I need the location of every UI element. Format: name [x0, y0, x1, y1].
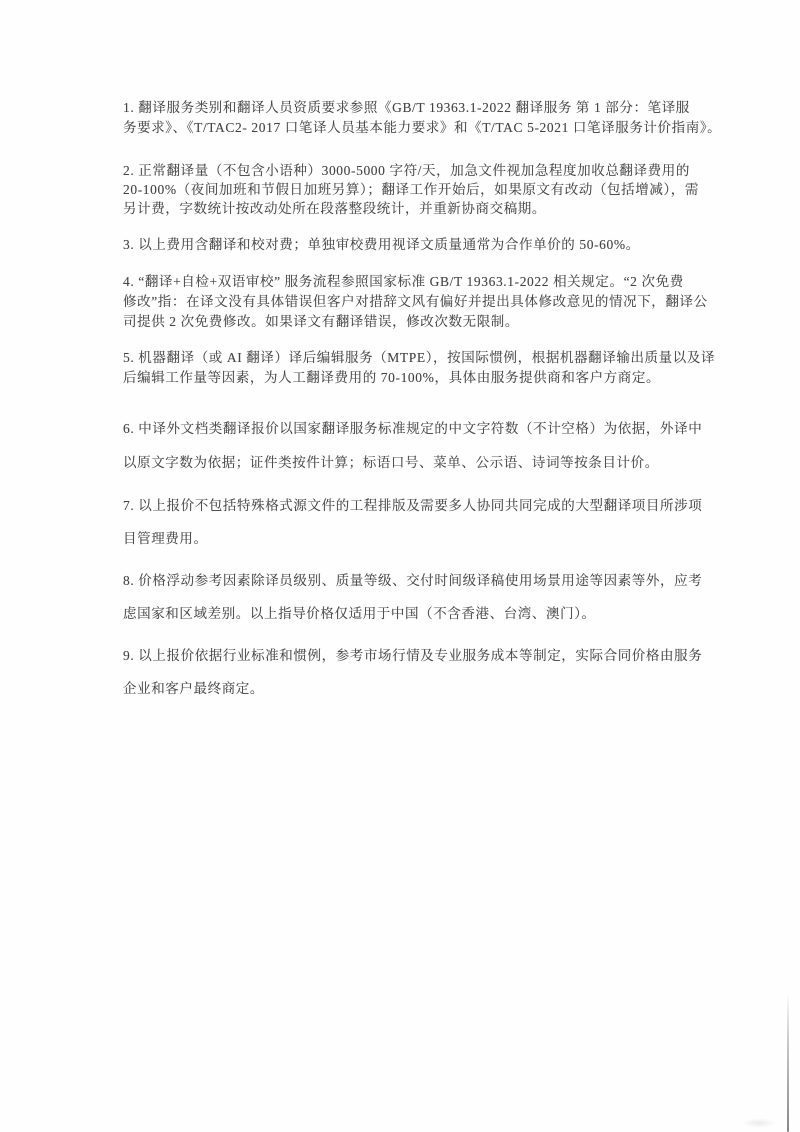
text-line: 修改”指：在译文没有具体错误但客户对措辞文风有偏好并提出具体修改意见的情况下，翻… — [123, 292, 708, 312]
text-line: 后编辑工作量等因素，为人工翻译费用的 70-100%，具体由服务提供商和客户方商… — [123, 368, 715, 388]
list-item: 6. 中译外文档类翻译报价以国家翻译服务标准规定的中文字符数（不计空格）为依据，… — [123, 412, 702, 480]
text-line: 司提供 2 次免费修改。如果译文有翻译错误，修改次数无限制。 — [123, 312, 708, 332]
text-line: 目管理费用。 — [123, 522, 702, 555]
document-page: 1. 翻译服务类别和翻译人员资质要求参照《GB/T 19363.1-2022 翻… — [0, 0, 800, 1132]
list-item: 9. 以上报价依据行业标准和惯例，参考市场行情及专业服务成本等制定，实际合同价格… — [123, 639, 702, 705]
list-item: 8. 价格浮动参考因素除译员级别、质量等级、交付时间级译稿使用场景用途等因素等外… — [123, 564, 702, 630]
text-line: 务要求》、《T/TAC2- 2017 口笔译人员基本能力要求》和《T/TAC 5… — [123, 118, 721, 138]
list-item: 7. 以上报价不包括特殊格式源文件的工程排版及需要多人协同共同完成的大型翻译项目… — [123, 489, 702, 555]
text-line: 4. “翻译+自检+双语审校” 服务流程参照国家标准 GB/T 19363.1-… — [123, 272, 708, 292]
text-line: 8. 价格浮动参考因素除译员级别、质量等级、交付时间级译稿使用场景用途等因素等外… — [123, 564, 702, 597]
text-line: 5. 机器翻译（或 AI 翻译）译后编辑服务（MTPE），按国际惯例，根据机器翻… — [123, 348, 715, 368]
text-line: 3. 以上费用含翻译和校对费；单独审校费用视译文质量通常为合作单价的 50-60… — [123, 235, 640, 255]
list-item: 3. 以上费用含翻译和校对费；单独审校费用视译文质量通常为合作单价的 50-60… — [123, 235, 640, 255]
text-line: 2. 正常翻译量（不包含小语种）3000-5000 字符/天，加急文件视加急程度… — [123, 161, 699, 180]
text-line: 企业和客户最终商定。 — [123, 672, 702, 705]
list-item: 5. 机器翻译（或 AI 翻译）译后编辑服务（MTPE），按国际惯例，根据机器翻… — [123, 348, 715, 388]
text-line: 以原文字数为依据；证件类按件计算；标语口号、菜单、公示语、诗词等按条目计价。 — [123, 446, 702, 480]
text-line: 6. 中译外文档类翻译报价以国家翻译服务标准规定的中文字符数（不计空格）为依据，… — [123, 412, 702, 446]
text-line: 虑国家和区域差别。以上指导价格仅适用于中国（不含香港、台湾、澳门）。 — [123, 597, 702, 630]
text-line: 20-100%（夜间加班和节假日加班另算）；翻译工作开始后，如果原文有改动（包括… — [123, 180, 699, 199]
scan-page-edge-shadow — [787, 993, 789, 1132]
list-item: 4. “翻译+自检+双语审校” 服务流程参照国家标准 GB/T 19363.1-… — [123, 272, 708, 332]
text-line: 9. 以上报价依据行业标准和惯例，参考市场行情及专业服务成本等制定，实际合同价格… — [123, 639, 702, 672]
scan-corner-smudge — [742, 1118, 776, 1128]
notes-list: 1. 翻译服务类别和翻译人员资质要求参照《GB/T 19363.1-2022 翻… — [0, 0, 800, 1132]
text-line: 另计费，字数统计按改动处所在段落整段统计，并重新协商交稿期。 — [123, 199, 699, 218]
text-line: 1. 翻译服务类别和翻译人员资质要求参照《GB/T 19363.1-2022 翻… — [123, 98, 721, 118]
text-line: 7. 以上报价不包括特殊格式源文件的工程排版及需要多人协同共同完成的大型翻译项目… — [123, 489, 702, 522]
list-item: 1. 翻译服务类别和翻译人员资质要求参照《GB/T 19363.1-2022 翻… — [123, 98, 721, 138]
list-item: 2. 正常翻译量（不包含小语种）3000-5000 字符/天，加急文件视加急程度… — [123, 161, 699, 218]
